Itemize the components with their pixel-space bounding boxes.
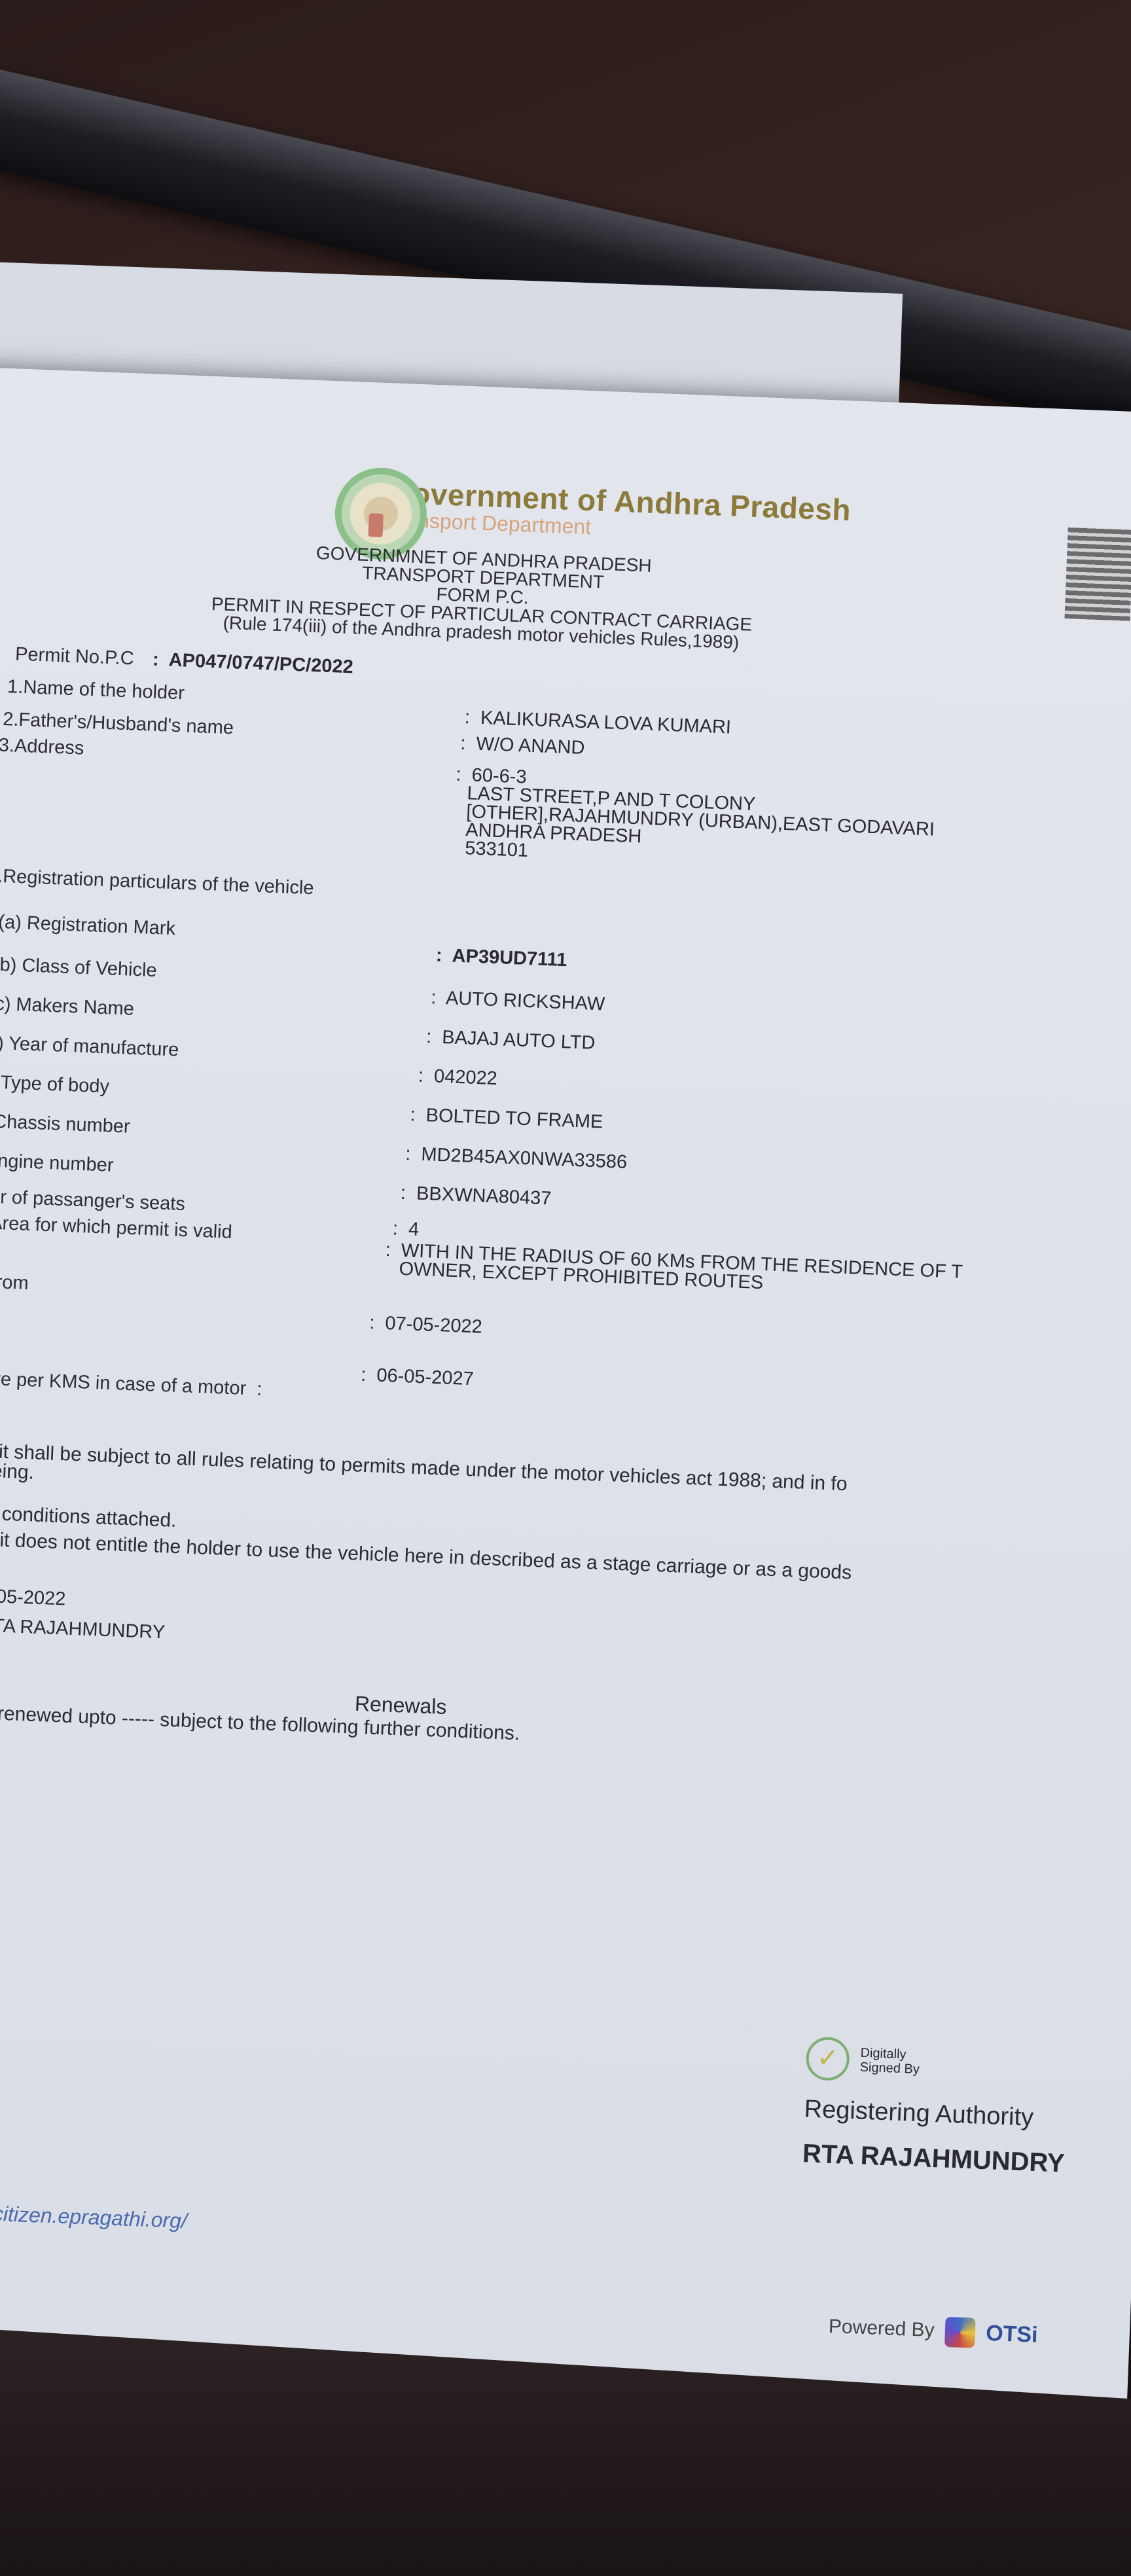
vehicle-field-value: : BBXWNA80437 (400, 1183, 552, 1210)
vehicle-field-value-text: MD2B45AX0NWA33586 (421, 1144, 628, 1173)
vehicle-field-label: (h) Engine number (0, 1149, 114, 1177)
issue-date-value: 07-05-2022 (0, 1585, 66, 1610)
powered-by-label: Powered By (828, 2316, 935, 2341)
document-header: Government of Andhra Pradesh Transport D… (387, 474, 852, 549)
issue-place: e : RTA RAJAHMUNDRY (0, 1613, 166, 1644)
holder-name-value: KALIKURASA LOVA KUMARI (480, 707, 732, 738)
vehicle-section-label: 4.Registration particulars of the vehicl… (0, 865, 314, 899)
digitally-text: Digitally (860, 2046, 907, 2062)
vehicle-field-value: : MD2B45AX0NWA33586 (405, 1143, 628, 1173)
otsi-brand: OTSi (986, 2321, 1039, 2348)
signed-by-text: Signed By (859, 2060, 920, 2077)
form-heading: GOVERNMNET OF ANDHRA PRADESH TRANSPORT D… (0, 531, 975, 660)
renewals-text: ermit is renewed upto ----- subject to t… (0, 1702, 1106, 1766)
registering-authority: Registering Authority (804, 2095, 1067, 2133)
vehicle-field-value-text: 4 (408, 1219, 419, 1240)
permit-document: Government of Andhra Pradesh Transport D… (0, 367, 1131, 2455)
relation-value: W/O ANAND (476, 734, 585, 759)
qr-code-icon (1064, 527, 1131, 621)
validity-from-label: idity From (0, 1270, 29, 1295)
issue-place-value: RTA RAJAHMUNDRY (0, 1615, 166, 1643)
digital-signature-check-icon: ✓ (805, 2037, 850, 2081)
vehicle-field-value-text: BOLTED TO FRAME (425, 1105, 603, 1132)
holder-name: : KALIKURASA LOVA KUMARI (464, 707, 731, 739)
permit-number-value: AP047/0747/PC/2022 (168, 650, 353, 678)
address-label: 3.Address (0, 735, 84, 760)
permit-label: Permit No.P.C (15, 644, 135, 670)
digitally-signed-label: Digitally Signed By (859, 2046, 920, 2077)
validity-from: : 07-05-2022 (369, 1312, 483, 1338)
validity-to-value: 06-05-2027 (376, 1365, 474, 1390)
signature-block: ✓ Digitally Signed By Registering Author… (802, 2037, 1069, 2179)
validity-to: : 06-05-2027 (361, 1365, 475, 1391)
vehicle-field-value: : 4 (392, 1218, 420, 1241)
address: : 60-6-3 LAST STREET,P AND T COLONY [OTH… (453, 766, 937, 876)
vehicle-field-label: (b) Class of Vehicle (0, 954, 157, 982)
holder-name-label: 1.Name of the holder (7, 676, 185, 704)
otsi-logo-icon (944, 2317, 976, 2348)
route-label: oute/Area for which permit is valid (0, 1211, 232, 1243)
vehicle-field-value-text: AP39UD7111 (452, 945, 567, 971)
authority-office: RTA RAJAHMUNDRY (802, 2139, 1065, 2178)
vehicle-field-value: : BOLTED TO FRAME (410, 1104, 603, 1133)
vehicle-field-label: (e) Type of body (0, 1071, 110, 1098)
vehicle-field-value: : 042022 (418, 1065, 497, 1090)
vehicle-field-value-text: 042022 (433, 1066, 497, 1090)
relation: : W/O ANAND (460, 733, 585, 759)
citizen-portal-link[interactable]: rtacitizen.epragathi.org/ (0, 2201, 188, 2234)
issue-date: : 07-05-2022 (0, 1584, 66, 1611)
vehicle-field-value: : AP39UD7111 (435, 945, 567, 972)
vehicle-field-label: (g) Chassis number (0, 1110, 130, 1138)
permit-number: : AP047/0747/PC/2022 (152, 649, 353, 679)
vehicle-field-label: (a) Registration Mark (0, 912, 176, 940)
route-value: : WITH IN THE RADIUS OF 60 KMs FROM THE … (384, 1241, 963, 1300)
fare-label: e of fare per KMS in case of a motor : n… (0, 1368, 262, 1417)
vehicle-field-value: : BAJAJ AUTO LTD (426, 1026, 596, 1054)
validity-from-value: 07-05-2022 (385, 1313, 482, 1338)
vehicle-field-value-text: AUTO RICKSHAW (445, 988, 605, 1014)
powered-by: Powered By OTSi (828, 2312, 1038, 2350)
vehicle-field-label: lumber of passanger's seats (0, 1185, 186, 1215)
relation-label: 2.Father's/Husband's name (3, 709, 234, 740)
vehicle-field-value: : AUTO RICKSHAW (431, 987, 605, 1015)
vehicle-field-label: (d) Year of manufacture (0, 1032, 179, 1062)
renewals-title: Renewals (354, 1692, 447, 1719)
vehicle-field-label: (c) Makers Name (0, 993, 134, 1020)
vehicle-field-value-text: BBXWNA80437 (416, 1183, 552, 1209)
vehicle-field-value-text: BAJAJ AUTO LTD (442, 1027, 596, 1054)
